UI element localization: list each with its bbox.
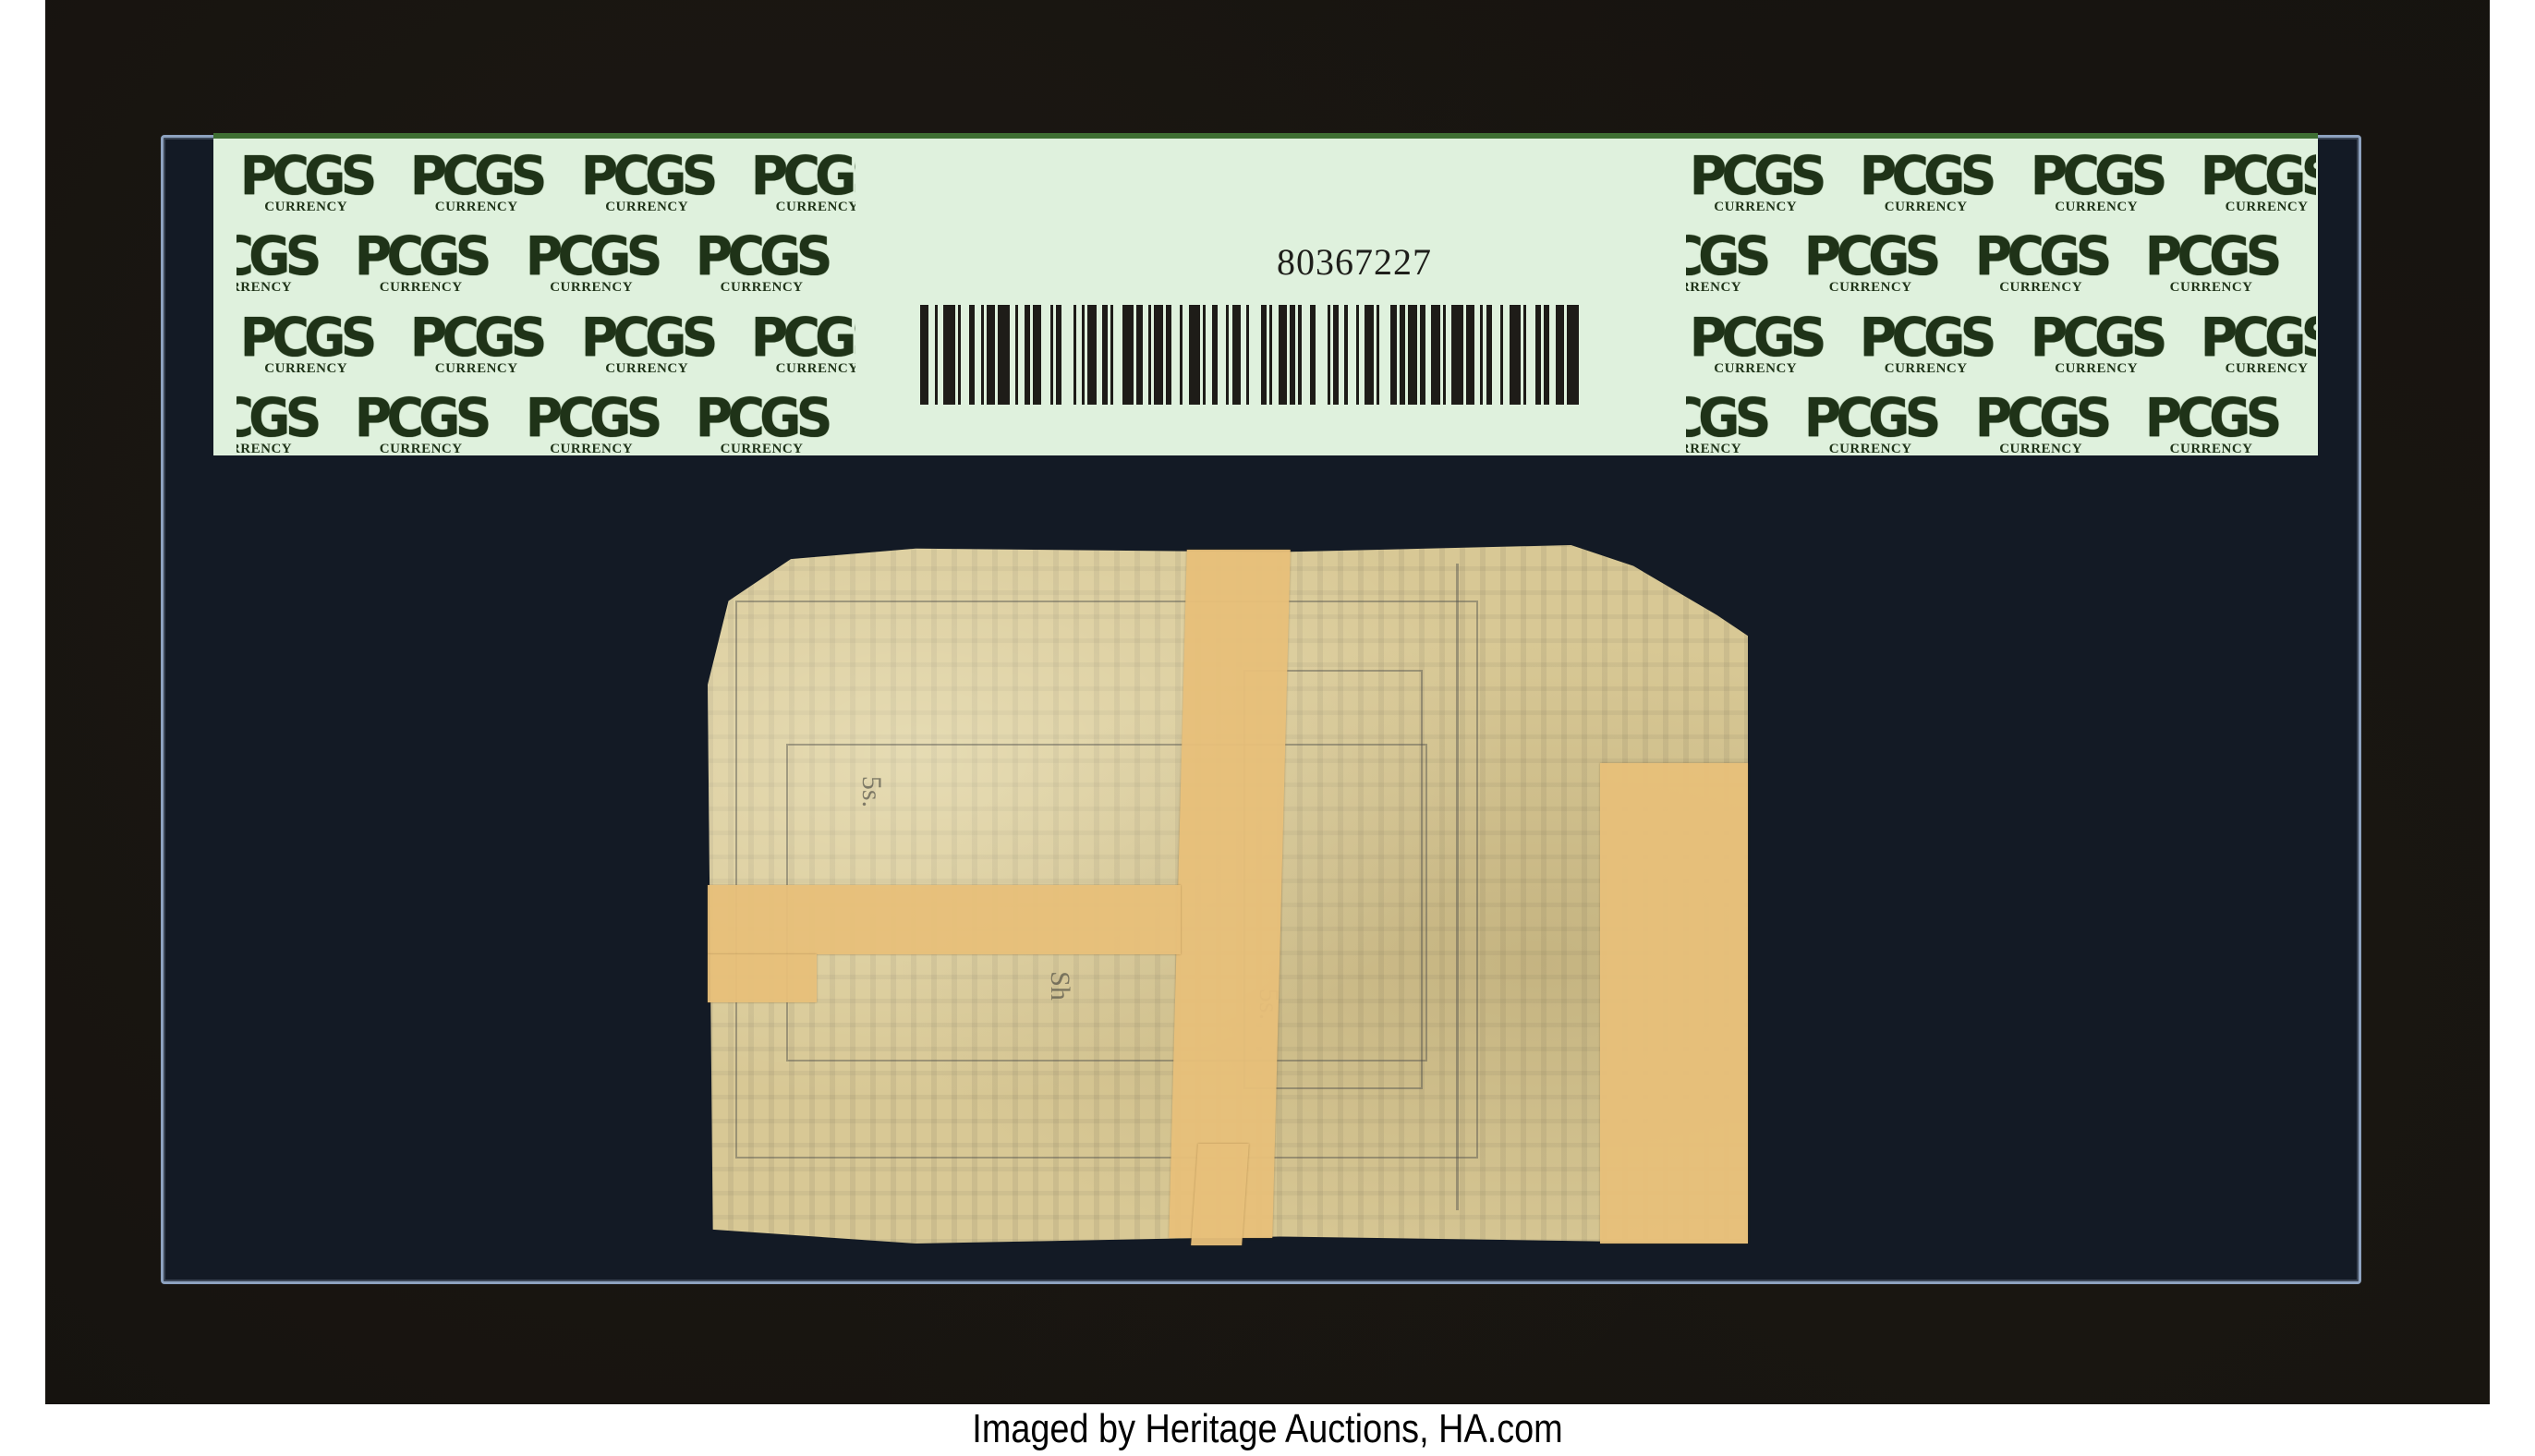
pcgs-logo: PCGSCURRENCY (351, 394, 490, 455)
barcode-bar (1189, 305, 1201, 405)
pcgs-security-pattern-left: PCGSCURRENCY PCGSCURRENCY PCGSCURRENCY P… (237, 152, 855, 455)
pcgs-logo: PCGSCURRENCY (2312, 232, 2316, 295)
pcgs-logo: PCGSCURRENCY (351, 232, 490, 295)
pcgs-logo: PCGSCURRENCY (406, 152, 545, 214)
pcgs-logo: PCGSCURRENCY (2141, 394, 2280, 455)
barcode-bar (943, 305, 955, 405)
pattern-row: PCGSCURRENCY PCGSCURRENCY PCGSCURRENCY P… (1686, 152, 2316, 214)
barcode-bar (1122, 305, 1134, 405)
barcode-bar (1154, 305, 1162, 405)
barcode-bar (1218, 305, 1226, 405)
pattern-row: PCGSCURRENCY PCGSCURRENCY PCGSCURRENCY P… (1686, 394, 2316, 455)
pcgs-logo: PCGSCURRENCY (747, 313, 855, 376)
barcode-bar (1249, 305, 1261, 405)
pcgs-logo: PCGSCURRENCY (2312, 394, 2316, 455)
pattern-row: PCGSCURRENCY PCGSCURRENCY PCGSCURRENCY P… (237, 152, 855, 214)
pattern-row: PCGSCURRENCY PCGSCURRENCY PCGSCURRENCY P… (1686, 232, 2316, 295)
barcode-bar (1466, 305, 1474, 405)
pcgs-logo: PCGSCURRENCY (1686, 394, 1769, 455)
pcgs-logo: PCGSCURRENCY (692, 394, 831, 455)
note-denomination-word: Sh (1044, 971, 1075, 1001)
repair-tape-vertical (1169, 550, 1291, 1238)
pcgs-logo: PCGSCURRENCY (237, 313, 375, 376)
pcgs-logo: PCGSCURRENCY (577, 313, 716, 376)
barcode-bar (961, 305, 969, 405)
pcgs-logo: PCGSCURRENCY (1801, 394, 1939, 455)
image-credit-caption: Imaged by Heritage Auctions, HA.com (177, 1406, 2358, 1452)
barcode-bar (1113, 305, 1122, 405)
pcgs-logo: PCGSCURRENCY (1801, 232, 1939, 295)
pcgs-logo: PCGSCURRENCY (2197, 152, 2316, 214)
barcode-bar (1379, 305, 1391, 405)
barcode-bar (920, 305, 928, 405)
pattern-row: PCGSCURRENCY PCGSCURRENCY PCGSCURRENCY P… (237, 232, 855, 295)
barcode-bar (1510, 305, 1522, 405)
pcgs-logo: PCGSCURRENCY (1686, 313, 1825, 376)
pcgs-logo: PCGSCURRENCY (2027, 313, 2165, 376)
pattern-row: PCGSCURRENCY PCGSCURRENCY PCGSCURRENCY P… (237, 313, 855, 376)
barcode-bar (1033, 305, 1041, 405)
pcgs-logo: PCGSCURRENCY (237, 232, 320, 295)
pcgs-logo: PCGSCURRENCY (522, 394, 661, 455)
note-ornament-column (1456, 564, 1459, 1210)
pcgs-logo: PCGSCURRENCY (2027, 152, 2165, 214)
pcgs-logo: PCGSCURRENCY (1686, 232, 1769, 295)
barcode-bar (1365, 305, 1373, 405)
pcgs-logo: PCGSCURRENCY (1686, 152, 1825, 214)
barcode-bar (1087, 305, 1096, 405)
pcgs-security-pattern-right: PCGSCURRENCY PCGSCURRENCY PCGSCURRENCY P… (1686, 152, 2316, 455)
barcode-bar (1171, 305, 1180, 405)
barcode-bar (1451, 305, 1463, 405)
barcode-bar (1567, 305, 1579, 405)
barcode-bar (1041, 305, 1049, 405)
pcgs-logo: PCGSCURRENCY (1971, 232, 2110, 295)
pcgs-logo: PCGSCURRENCY (1856, 313, 1995, 376)
barcode-bar (1556, 305, 1564, 405)
barcode-bar (1232, 305, 1241, 405)
barcode-bar (1316, 305, 1328, 405)
serial-number: 80367227 (1156, 240, 1553, 284)
pcgs-logo: PCGSCURRENCY (577, 152, 716, 214)
pcgs-logo: PCGSCURRENCY (237, 394, 320, 455)
pattern-row: PCGSCURRENCY PCGSCURRENCY PCGSCURRENCY P… (237, 394, 855, 455)
repair-tape-right (1600, 763, 1748, 1244)
pcgs-logo: PCGSCURRENCY (406, 313, 545, 376)
pcgs-logo: PCGSCURRENCY (2197, 313, 2316, 376)
barcode-bar (1348, 305, 1356, 405)
barcode-bar (1431, 305, 1439, 405)
repair-tape-horizontal (708, 885, 1181, 954)
pcgs-logo: PCGSCURRENCY (1856, 152, 1995, 214)
barcode-bar (1408, 305, 1416, 405)
barcode-bar (998, 305, 1010, 405)
note-denomination: 5s. (855, 776, 887, 807)
grading-label: PCGSCURRENCY PCGSCURRENCY PCGSCURRENCY P… (213, 133, 2318, 455)
pcgs-logo: PCGSCURRENCY (237, 152, 375, 214)
pcgs-logo: PCGSCURRENCY (692, 232, 831, 295)
barcode-bar (1526, 305, 1534, 405)
barcode-bar (1061, 305, 1073, 405)
barcode-bar (1279, 305, 1287, 405)
repair-tape-small-left (708, 954, 817, 1002)
repair-tape-small-bottom (1191, 1144, 1249, 1245)
barcode (920, 305, 1579, 405)
pcgs-logo: PCGSCURRENCY (1971, 394, 2110, 455)
pcgs-logo: PCGSCURRENCY (522, 232, 661, 295)
barcode-bar (987, 305, 995, 405)
pattern-row: PCGSCURRENCY PCGSCURRENCY PCGSCURRENCY P… (1686, 313, 2316, 376)
barcode-bar (1492, 305, 1500, 405)
barcode-bar (1302, 305, 1310, 405)
pcgs-logo: PCGSCURRENCY (747, 152, 855, 214)
pcgs-logo: PCGSCURRENCY (2141, 232, 2280, 295)
